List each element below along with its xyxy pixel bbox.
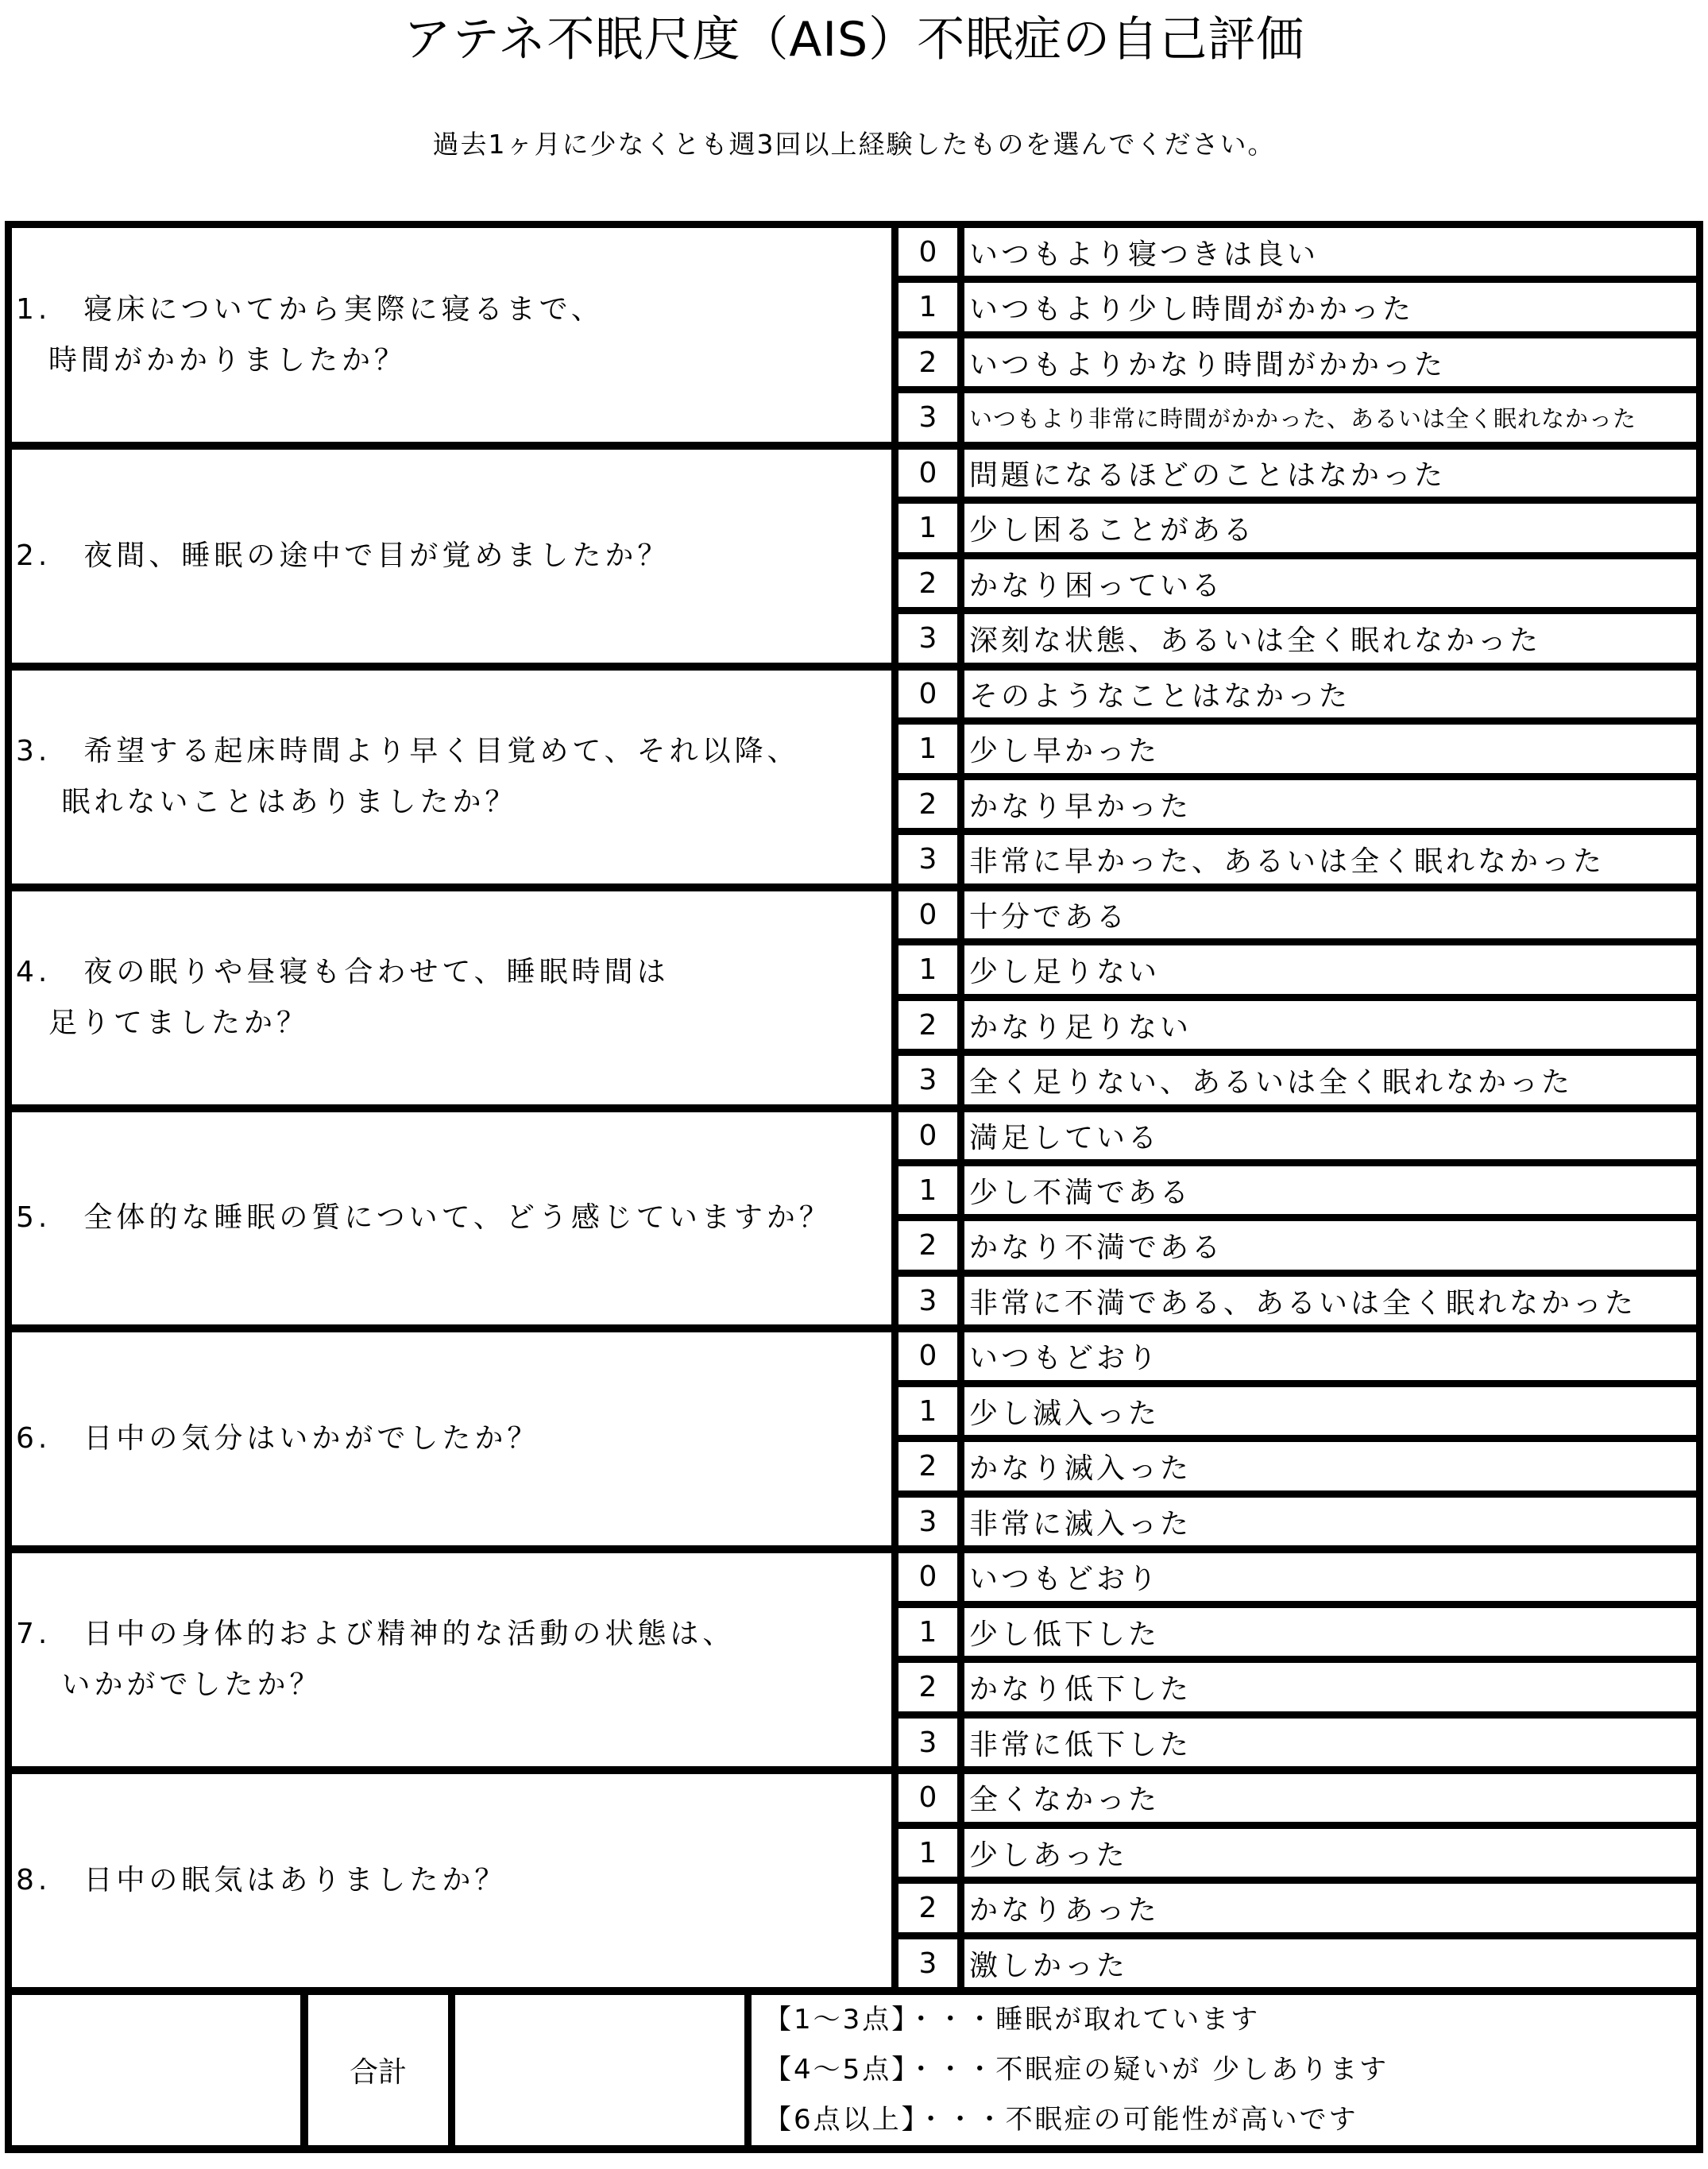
answer-option-q7-0[interactable]: いつもどおり <box>969 1552 1694 1601</box>
score-cell-q6-0[interactable]: 0 <box>898 1332 957 1380</box>
row-divider <box>891 1656 1703 1663</box>
total-label: 合計 <box>308 1995 448 2145</box>
question-6: 6. 日中の気分はいかがでしたか？ <box>16 1332 882 1545</box>
score-cell-q6-1[interactable]: 1 <box>898 1387 957 1435</box>
answer-option-q8-2[interactable]: かなりあった <box>969 1884 1694 1932</box>
score-cell-q1-2[interactable]: 2 <box>898 338 957 386</box>
row-divider <box>891 1159 1703 1166</box>
answer-option-q5-2[interactable]: かなり不満である <box>969 1221 1694 1270</box>
legend-item: 【6点以上】・・・不眠症の可能性が高いです <box>764 2095 1694 2145</box>
row-divider <box>891 386 1703 393</box>
table-border-right <box>1696 221 1703 2153</box>
question-7: 7. 日中の身体的および精神的な活動の状態は、 いかがでしたか？ <box>16 1552 882 1766</box>
score-cell-q4-2[interactable]: 2 <box>898 1001 957 1049</box>
answer-option-q7-2[interactable]: かなり低下した <box>969 1663 1694 1711</box>
row-divider <box>891 497 1703 504</box>
score-cell-q1-1[interactable]: 1 <box>898 283 957 331</box>
row-divider <box>891 994 1703 1001</box>
question-text-line: 8. 日中の眠気はありましたか？ <box>16 1855 882 1906</box>
answer-option-q1-1[interactable]: いつもより少し時間がかかった <box>969 283 1694 331</box>
score-cell-q7-0[interactable]: 0 <box>898 1552 957 1601</box>
section-divider <box>5 1987 1703 1995</box>
score-cell-q8-3[interactable]: 3 <box>898 1939 957 1987</box>
score-cell-q8-1[interactable]: 1 <box>898 1829 957 1877</box>
question-4: 4. 夜の眠りや昼寝も合わせて、睡眠時間は 足りてましたか？ <box>16 891 882 1104</box>
row-divider <box>891 1214 1703 1221</box>
score-cell-q1-0[interactable]: 0 <box>898 228 957 276</box>
row-divider <box>891 938 1703 945</box>
answer-option-q3-0[interactable]: そのようなことはなかった <box>969 670 1694 717</box>
question-text-line: 足りてましたか？ <box>16 998 882 1049</box>
score-cell-q3-2[interactable]: 2 <box>898 780 957 828</box>
row-divider <box>891 773 1703 780</box>
answer-option-q7-1[interactable]: 少し低下した <box>969 1608 1694 1656</box>
row-divider <box>891 1490 1703 1498</box>
question-text-line: 6. 日中の気分はいかがでしたか？ <box>16 1413 882 1464</box>
total-divider-3 <box>744 1987 752 2153</box>
row-divider <box>891 717 1703 725</box>
question-text-line: 時間がかかりましたか？ <box>16 335 882 386</box>
answer-option-q4-2[interactable]: かなり足りない <box>969 1001 1694 1049</box>
answer-option-q1-2[interactable]: いつもよりかなり時間がかかった <box>969 338 1694 386</box>
answer-option-q3-1[interactable]: 少し早かった <box>969 725 1694 773</box>
score-cell-q2-2[interactable]: 2 <box>898 559 957 607</box>
score-cell-q7-3[interactable]: 3 <box>898 1719 957 1766</box>
question-2: 2. 夜間、睡眠の途中で目が覚めましたか？ <box>16 449 882 663</box>
score-cell-q3-1[interactable]: 1 <box>898 725 957 773</box>
answer-option-q4-1[interactable]: 少し足りない <box>969 945 1694 994</box>
answer-option-q2-1[interactable]: 少し困ることがある <box>969 504 1694 552</box>
answer-option-q8-0[interactable]: 全くなかった <box>969 1773 1694 1822</box>
score-cell-q5-2[interactable]: 2 <box>898 1221 957 1270</box>
score-cell-q2-1[interactable]: 1 <box>898 504 957 552</box>
total-blank-cell <box>12 1995 300 2145</box>
question-text-line: 4. 夜の眠りや昼寝も合わせて、睡眠時間は <box>16 947 882 998</box>
row-divider <box>891 1380 1703 1387</box>
answer-option-q4-0[interactable]: 十分である <box>969 891 1694 938</box>
answer-option-q3-2[interactable]: かなり早かった <box>969 780 1694 828</box>
question-3: 3. 希望する起床時間より早く目覚めて、それ以降、 眠れないことはありましたか？ <box>16 670 882 883</box>
page-title: アテネ不眠尺度（AIS）不眠症の自己評価 <box>0 10 1708 70</box>
score-cell-q3-3[interactable]: 3 <box>898 835 957 883</box>
row-divider <box>891 1435 1703 1442</box>
row-divider <box>891 828 1703 835</box>
table-border-top <box>5 221 1703 228</box>
question-text-line: 7. 日中の身体的および精神的な活動の状態は、 <box>16 1609 882 1660</box>
question-1: 1. 寝床についてから実際に寝るまで、 時間がかかりましたか？ <box>16 228 882 442</box>
score-cell-q4-3[interactable]: 3 <box>898 1056 957 1104</box>
legend-item: 【1～3点】・・・睡眠が取れています <box>764 1995 1694 2045</box>
row-divider <box>891 276 1703 283</box>
score-cell-q6-3[interactable]: 3 <box>898 1498 957 1545</box>
score-cell-q8-0[interactable]: 0 <box>898 1773 957 1822</box>
answer-option-q2-0[interactable]: 問題になるほどのことはなかった <box>969 449 1694 497</box>
answer-option-q7-3[interactable]: 非常に低下した <box>969 1719 1694 1766</box>
score-cell-q5-3[interactable]: 3 <box>898 1277 957 1324</box>
question-text-line: 3. 希望する起床時間より早く目覚めて、それ以降、 <box>16 726 882 777</box>
score-cell-q1-3[interactable]: 3 <box>898 393 957 442</box>
score-cell-q2-0[interactable]: 0 <box>898 449 957 497</box>
table-border-left <box>5 221 12 2153</box>
answer-option-q8-3[interactable]: 激しかった <box>969 1939 1694 1987</box>
row-divider <box>891 1711 1703 1719</box>
answer-option-q5-1[interactable]: 少し不満である <box>969 1166 1694 1214</box>
answer-option-q4-3[interactable]: 全く足りない、あるいは全く眠れなかった <box>969 1056 1694 1104</box>
score-cell-q6-2[interactable]: 2 <box>898 1442 957 1490</box>
score-cell-q5-0[interactable]: 0 <box>898 1112 957 1159</box>
answer-option-q3-3[interactable]: 非常に早かった、あるいは全く眠れなかった <box>969 835 1694 883</box>
score-cell-q5-1[interactable]: 1 <box>898 1166 957 1214</box>
answer-option-q1-0[interactable]: いつもより寝つきは良い <box>969 228 1694 276</box>
answer-option-q5-0[interactable]: 満足している <box>969 1112 1694 1159</box>
row-divider <box>891 607 1703 614</box>
row-divider <box>891 1822 1703 1829</box>
score-cell-q7-1[interactable]: 1 <box>898 1608 957 1656</box>
score-cell-q4-1[interactable]: 1 <box>898 945 957 994</box>
score-cell-q2-3[interactable]: 3 <box>898 614 957 663</box>
answer-option-q6-3[interactable]: 非常に滅入った <box>969 1498 1694 1545</box>
question-text-line: 眠れないことはありましたか？ <box>16 777 882 828</box>
table-border-bottom <box>5 2145 1703 2153</box>
question-text-line: 2. 夜間、睡眠の途中で目が覚めましたか？ <box>16 531 882 582</box>
row-divider <box>891 1932 1703 1939</box>
row-divider <box>891 1601 1703 1608</box>
question-text-line: 1. 寝床についてから実際に寝るまで、 <box>16 284 882 335</box>
answer-option-q5-3[interactable]: 非常に不満である、あるいは全く眠れなかった <box>969 1277 1694 1324</box>
answer-option-q2-3[interactable]: 深刻な状態、あるいは全く眠れなかった <box>969 614 1694 663</box>
total-divider-1 <box>300 1987 308 2153</box>
question-text-line: いかがでしたか？ <box>16 1660 882 1711</box>
instruction-text: 過去1ヶ月に少なくとも週3回以上経験したものを選んでください。 <box>0 127 1708 162</box>
total-score-field[interactable] <box>455 1995 744 2145</box>
total-divider-2 <box>448 1987 455 2153</box>
answer-option-q1-3[interactable]: いつもより非常に時間がかかった、あるいは全く眠れなかった <box>969 393 1694 442</box>
score-cell-q7-2[interactable]: 2 <box>898 1663 957 1711</box>
answer-option-q8-1[interactable]: 少しあった <box>969 1829 1694 1877</box>
row-divider <box>891 331 1703 338</box>
row-divider <box>891 1049 1703 1056</box>
answer-option-q6-2[interactable]: かなり滅入った <box>969 1442 1694 1490</box>
answer-option-q6-1[interactable]: 少し滅入った <box>969 1387 1694 1435</box>
score-cell-q3-0[interactable]: 0 <box>898 670 957 717</box>
question-8: 8. 日中の眠気はありましたか？ <box>16 1773 882 1987</box>
score-interpretation-legend: 【1～3点】・・・睡眠が取れています【4～5点】・・・不眠症の疑いが 少しありま… <box>764 1995 1694 2145</box>
row-divider <box>891 1270 1703 1277</box>
legend-item: 【4～5点】・・・不眠症の疑いが 少しあります <box>764 2045 1694 2095</box>
row-divider <box>891 552 1703 559</box>
question-text-line: 5. 全体的な睡眠の質について、どう感じていますか？ <box>16 1193 882 1243</box>
score-cell-q8-2[interactable]: 2 <box>898 1884 957 1932</box>
row-divider <box>891 1877 1703 1884</box>
question-5: 5. 全体的な睡眠の質について、どう感じていますか？ <box>16 1112 882 1324</box>
score-cell-q4-0[interactable]: 0 <box>898 891 957 938</box>
answer-option-q6-0[interactable]: いつもどおり <box>969 1332 1694 1380</box>
answer-option-q2-2[interactable]: かなり困っている <box>969 559 1694 607</box>
